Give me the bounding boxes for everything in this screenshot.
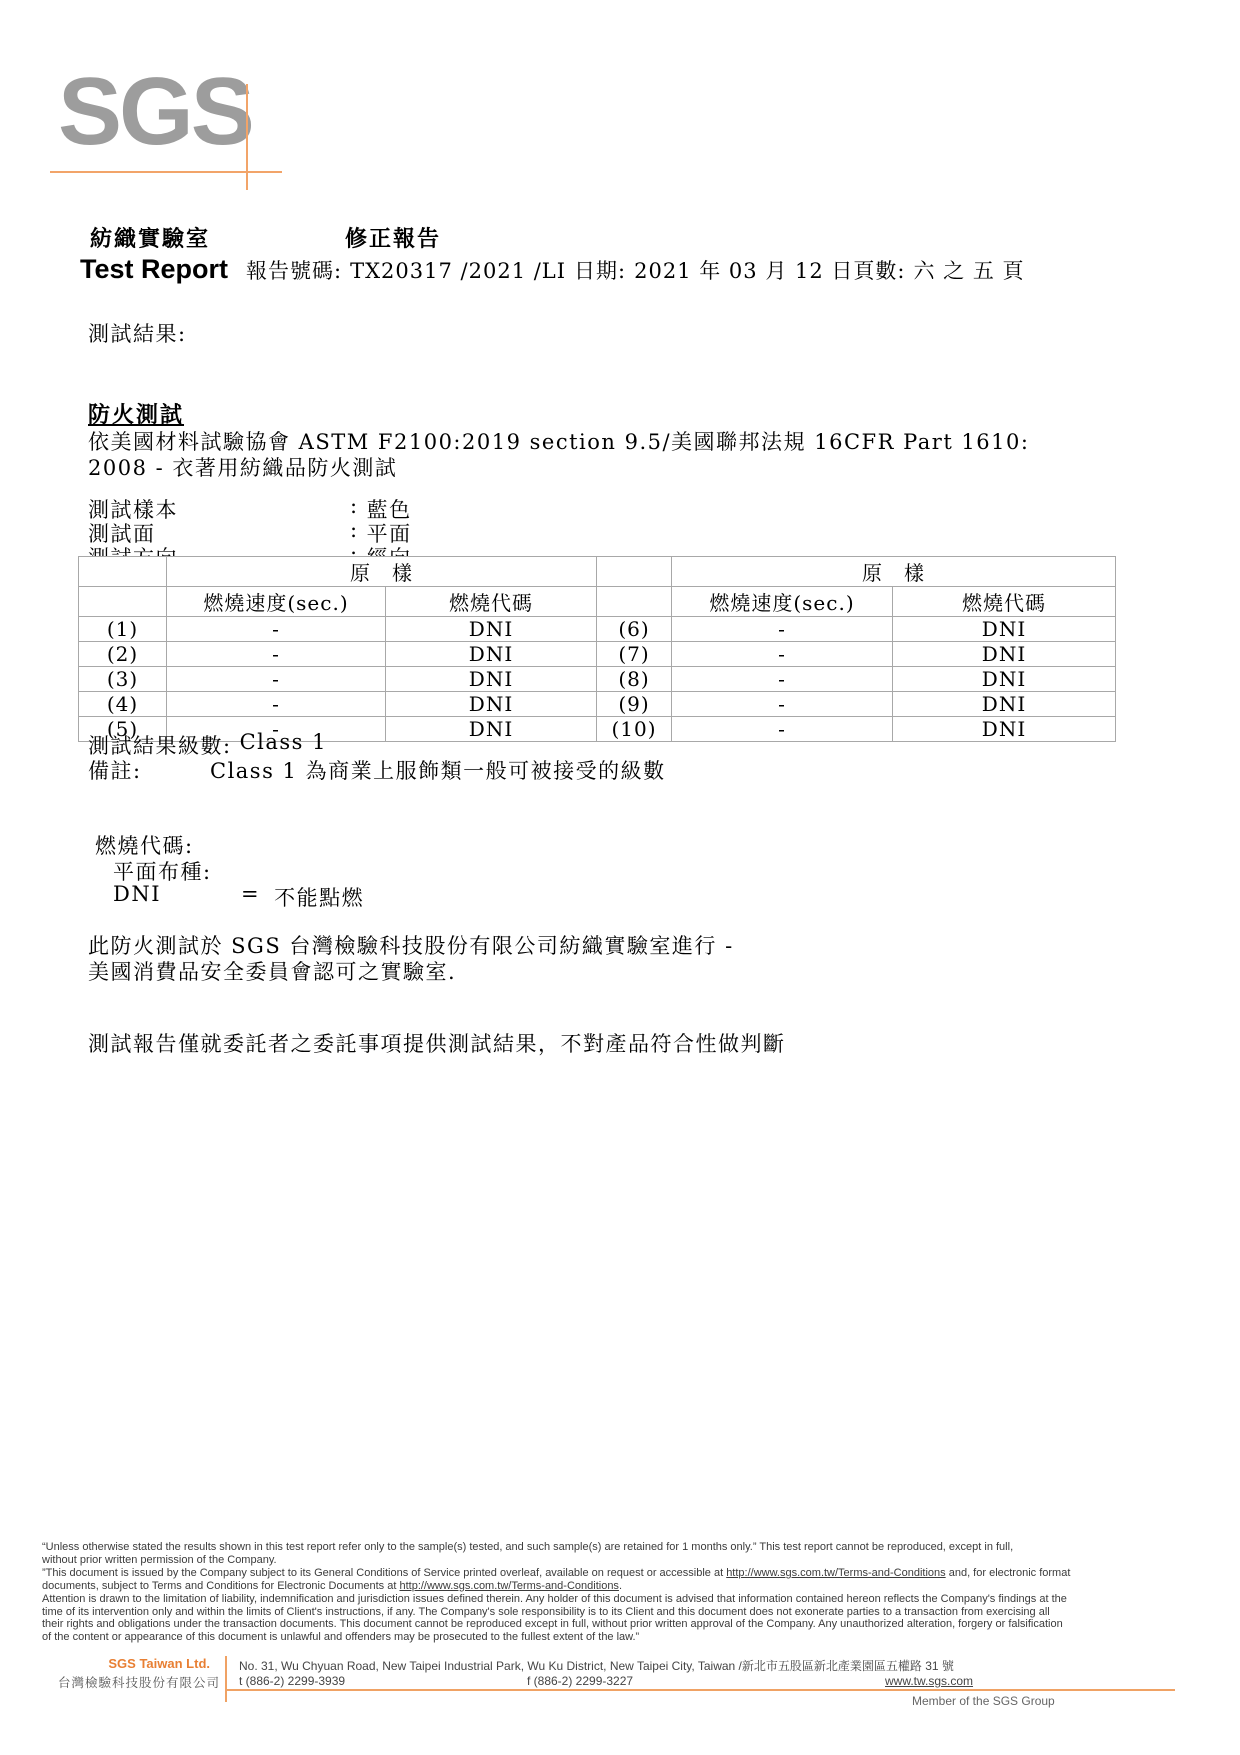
- remark-value: Class 1 為商業上服飾類一般可被接受的級數: [210, 755, 666, 785]
- code-key: DNI: [113, 882, 241, 912]
- disclaimer-line: ”This document is issued by the Company …: [42, 1567, 1200, 1580]
- company-name-en: SGS Taiwan Ltd.: [42, 1656, 210, 1671]
- group-header-left: 原 樣: [167, 557, 597, 587]
- results-heading: 測試結果:: [88, 318, 187, 348]
- burn-code: DNI: [386, 692, 597, 717]
- report-no-label: 報告號碼:: [246, 255, 342, 285]
- table-group-header-row: 原 樣 原 樣: [79, 557, 1116, 587]
- col-header-speed: 燃燒速度(sec.): [167, 587, 386, 617]
- remark-label: 備註:: [88, 755, 210, 785]
- specimen-no: (4): [79, 692, 167, 717]
- disclaimer-line: “Unless otherwise stated the results sho…: [42, 1541, 1200, 1554]
- report-title: Test Report: [80, 254, 228, 285]
- sgs-logo: SGS: [58, 62, 252, 162]
- specimen-no: (7): [597, 642, 672, 667]
- disclaimer-text: ”This document is issued by the Company …: [42, 1567, 726, 1579]
- empty-cell: [597, 587, 672, 617]
- report-no-value: TX20317 /2021 /LI: [350, 259, 566, 283]
- test-report-page: SGS 紡織實驗室 修正報告 Test Report 報告號碼: TX20317…: [0, 0, 1240, 1755]
- burn-speed: -: [672, 617, 893, 642]
- disclaimer-line: without prior written permission of the …: [42, 1554, 1200, 1567]
- sample-row: 測試面 : 平面: [88, 518, 412, 542]
- burn-speed: -: [167, 617, 386, 642]
- burn-code: DNI: [386, 717, 597, 742]
- table-row: (1) - DNI (6) - DNI: [79, 617, 1116, 642]
- table-column-header-row: 燃燒速度(sec.) 燃燒代碼 燃燒速度(sec.) 燃燒代碼: [79, 587, 1116, 617]
- burn-speed: -: [672, 667, 893, 692]
- disclaimer-line: documents, subject to Terms and Conditio…: [42, 1580, 1200, 1593]
- specimen-no: (9): [597, 692, 672, 717]
- pages-label: 頁數:: [853, 255, 905, 285]
- crop-mark-vertical: [246, 84, 248, 190]
- burn-results-table: 原 樣 原 樣 燃燒速度(sec.) 燃燒代碼 燃燒速度(sec.) 燃燒代碼 …: [78, 556, 1116, 742]
- member-of-sgs-group: Member of the SGS Group: [912, 1694, 1055, 1708]
- method-line-2: 2008 - 衣著用紡織品防火測試: [88, 452, 397, 482]
- empty-cell: [79, 557, 167, 587]
- col-header-code: 燃燒代碼: [386, 587, 597, 617]
- burn-speed: -: [167, 667, 386, 692]
- footer-horizontal-rule: [225, 1689, 1175, 1691]
- table-row: (4) - DNI (9) - DNI: [79, 692, 1116, 717]
- disclaimer-line: Attention is drawn to the limitation of …: [42, 1593, 1200, 1606]
- burn-speed: -: [672, 717, 893, 742]
- sample-label: 測試樣本: [88, 494, 350, 518]
- date-label: 日期:: [574, 255, 626, 285]
- fire-test-section-title: 防火測試: [88, 398, 184, 429]
- disclaimer-text: documents, subject to Terms and Conditio…: [42, 1580, 399, 1592]
- sample-value: 平面: [367, 518, 412, 542]
- burn-speed: -: [672, 692, 893, 717]
- disclaimer-line: time of its intervention only and within…: [42, 1606, 1200, 1619]
- footer-disclaimer: “Unless otherwise stated the results sho…: [42, 1541, 1200, 1644]
- code-value: 不能點燃: [274, 882, 364, 912]
- lab-note-line-2: 美國消費品安全委員會認可之實驗室.: [88, 956, 456, 986]
- specimen-no: (2): [79, 642, 167, 667]
- burn-code: DNI: [893, 617, 1116, 642]
- pages-value: 六 之 五 頁: [913, 255, 1024, 285]
- fax-number: f (886-2) 2299-3227: [527, 1674, 633, 1688]
- sample-colon: :: [350, 518, 359, 542]
- specimen-no: (1): [79, 617, 167, 642]
- specimen-no: (3): [79, 667, 167, 692]
- specimen-no: (8): [597, 667, 672, 692]
- code-definition-line: DNI = 不能點燃: [113, 882, 364, 912]
- burn-code: DNI: [893, 642, 1116, 667]
- burn-code: DNI: [893, 717, 1116, 742]
- disclaimer-line: their rights and obligations under the t…: [42, 1618, 1200, 1631]
- remark-line: 備註: Class 1 為商業上服飾類一般可被接受的級數: [88, 755, 666, 785]
- col-header-code: 燃燒代碼: [893, 587, 1116, 617]
- date-value: 2021 年 03 月 12 日: [634, 255, 853, 285]
- company-address: No. 31, Wu Chyuan Road, New Taipei Indus…: [239, 1657, 954, 1674]
- burn-speed: -: [672, 642, 893, 667]
- group-header-right: 原 樣: [672, 557, 1116, 587]
- table-row: (2) - DNI (7) - DNI: [79, 642, 1116, 667]
- empty-cell: [597, 557, 672, 587]
- scope-note: 測試報告僅就委託者之委託事項提供測試結果，不對產品符合性做判斷: [88, 1028, 786, 1058]
- specimen-no: (10): [597, 717, 672, 742]
- table-row: (3) - DNI (8) - DNI: [79, 667, 1116, 692]
- website-link[interactable]: www.tw.sgs.com: [885, 1674, 973, 1688]
- amended-report-title: 修正報告: [345, 222, 441, 253]
- footer-vertical-divider: [225, 1656, 227, 1702]
- sample-value: 藍色: [367, 494, 412, 518]
- sample-label: 測試面: [88, 518, 350, 542]
- burn-code: DNI: [893, 692, 1116, 717]
- company-name-zh: 台灣檢驗科技股份有限公司: [58, 1673, 228, 1691]
- burn-code: DNI: [386, 617, 597, 642]
- lab-title: 紡織實驗室: [90, 222, 210, 253]
- terms-link[interactable]: http://www.sgs.com.tw/Terms-and-Conditio…: [726, 1567, 945, 1579]
- burn-speed: -: [167, 642, 386, 667]
- burn-code: DNI: [386, 642, 597, 667]
- disclaimer-text: .: [619, 1580, 622, 1592]
- phone-number: t (886-2) 2299-3939: [239, 1674, 345, 1688]
- report-header-line: Test Report 報告號碼: TX20317 /2021 /LI 日期: …: [80, 254, 1025, 285]
- code-equals: =: [241, 882, 260, 912]
- specimen-no: (6): [597, 617, 672, 642]
- terms-link[interactable]: http://www.sgs.com.tw/Terms-and-Conditio…: [399, 1580, 618, 1592]
- sample-row: 測試樣本 : 藍色: [88, 494, 412, 518]
- burn-code: DNI: [386, 667, 597, 692]
- disclaimer-line: of the content or appearance of this doc…: [42, 1631, 1200, 1644]
- empty-cell: [79, 587, 167, 617]
- burn-code: DNI: [893, 667, 1116, 692]
- col-header-speed: 燃燒速度(sec.): [672, 587, 893, 617]
- burn-speed: -: [167, 692, 386, 717]
- sample-colon: :: [350, 494, 359, 518]
- disclaimer-text: and, for electronic format: [946, 1567, 1071, 1579]
